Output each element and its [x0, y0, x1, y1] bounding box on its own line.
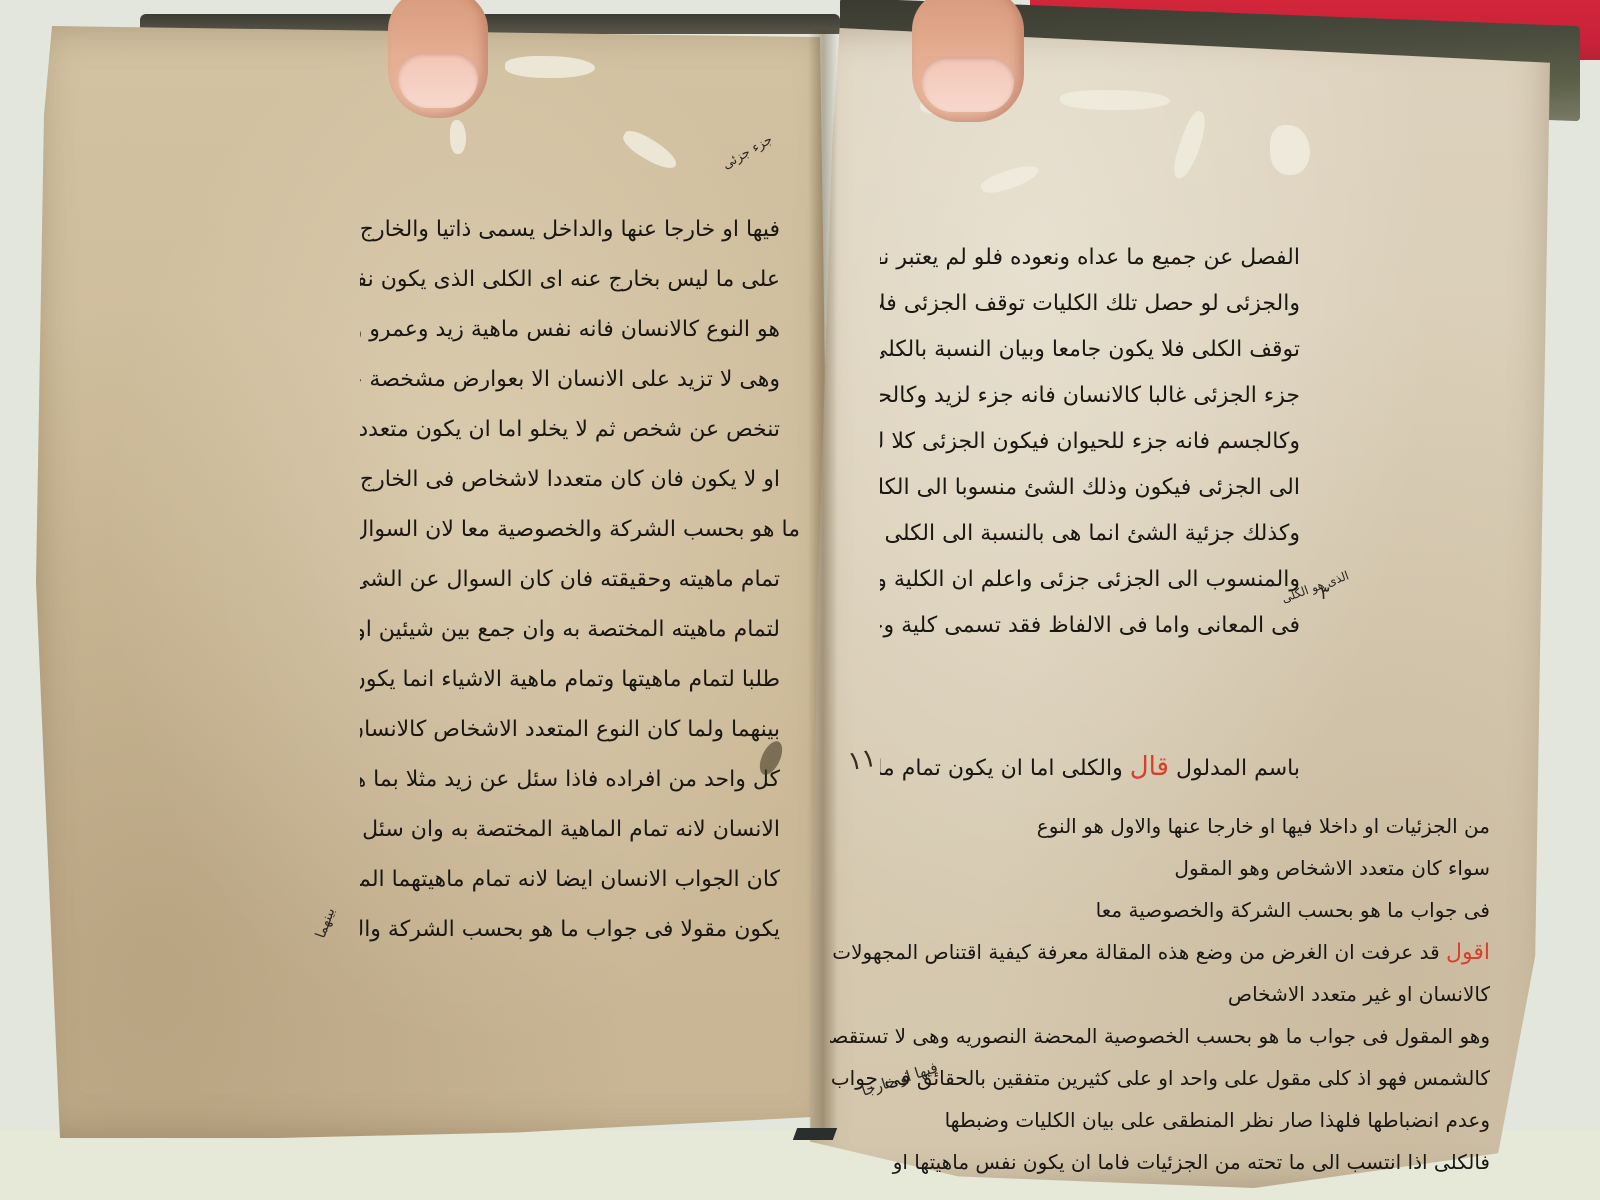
text-line: جزء الجزئى غالبا كالانسان فانه جزء لزيد … — [880, 373, 1300, 419]
paper-loss — [1060, 90, 1170, 110]
qala-line: باسم المدلول قال والكلى اما ان يكون تمام… — [880, 742, 1300, 792]
text-line: يكون مقولا فى جواب ما هو بحسب الشركة وال… — [360, 905, 780, 955]
right-finger — [912, 0, 1024, 122]
text-line: الفصل عن جميع ما عداه ونعوده فلو لم يعتب… — [880, 235, 1300, 281]
text-line: تنخص عن شخص ثم لا يخلو اما ان يكون متعدد… — [360, 405, 780, 455]
right-fingernail — [922, 57, 1014, 112]
text-line: الانسان لانه تمام الماهية المختصة به وان… — [360, 805, 780, 855]
text-line: سواء كان متعدد الاشخاص وهو المقول — [830, 847, 1490, 889]
paper-loss — [450, 120, 466, 154]
text-line: تمام ماهيته وحقيقته فان كان السوال عن ال… — [360, 555, 780, 605]
text-line: كل واحد من افراده فاذا سئل عن زيد مثلا ب… — [360, 755, 780, 805]
left-finger — [388, 0, 488, 118]
text-line: فيها او خارجا عنها والداخل يسمى ذاتيا وا… — [360, 205, 780, 255]
text-line: لتمام ماهيته المختصة به وان جمع بين شيئي… — [360, 605, 780, 655]
left-fingernail — [398, 53, 478, 108]
text-line: او لا يكون فان كان متعددا لاشخاص فى الخا… — [360, 455, 780, 505]
paper-loss — [1270, 125, 1310, 175]
text-line: الى الجزئى فيكون وذلك الشئ منسوبا الى ال… — [880, 465, 1300, 511]
margin-strokes: ١١ — [846, 743, 879, 777]
paper-loss — [505, 56, 595, 78]
text-line: كان الجواب الانسان ايضا لانه تمام ماهيته… — [360, 855, 780, 905]
text-line: والمنسوب الى الجزئى جزئى واعلم ان الكلية… — [880, 557, 1300, 603]
rubric-aqulu: اقول — [1446, 940, 1490, 965]
text-line: فى جواب ما هو بحسب الشركة والخصوصية معا — [830, 889, 1490, 931]
text-line: وهى لا تزيد على الانسان الا بعوارض مشخصة… — [360, 355, 780, 405]
right-page-text-upper: الفصل عن جميع ما عداه ونعوده فلو لم يعتب… — [880, 235, 1300, 649]
text-line: فى المعانى واما فى الالفاظ فقد تسمى كلية… — [880, 603, 1300, 649]
right-page-text-lower: من الجزئيات او داخلا فيها او خارجا عنها … — [830, 805, 1490, 1183]
left-page-text: فيها او خارجا عنها والداخل يسمى ذاتيا وا… — [360, 205, 780, 955]
text-line: توقف الكلى فلا يكون جامعا وبيان النسبة ب… — [880, 327, 1300, 373]
text-line: بينهما ولما كان النوع المتعدد الاشخاص كا… — [360, 705, 780, 755]
text-line: قد عرفت ان الغرض من وضع هذه المقالة معرف… — [832, 940, 1439, 964]
text-line: طلبا لتمام ماهيتها وتمام ماهية الاشياء ا… — [360, 655, 780, 705]
text-line: من الجزئيات او داخلا فيها او خارجا عنها … — [830, 805, 1490, 847]
text-line: باسم المدلول — [1176, 756, 1300, 781]
rubric-qala: قال — [1130, 752, 1169, 782]
text-line: وكالجسم فانه جزء للحيوان فيكون الجزئى كل… — [880, 419, 1300, 465]
text-line: ما هو بحسب الشركة والخصوصية معا لان السو… — [360, 505, 800, 555]
text-line: كالانسان او غير متعدد الاشخاص — [830, 973, 1490, 1015]
text-line: والجزئى لو حصل تلك الكليات توقف الجزئى ف… — [880, 281, 1300, 327]
text-line: على ما ليس بخارج عنه اى الكلى الذى يكون … — [360, 255, 780, 305]
text-line: والكلى اما ان يكون تمام ماهية ما تحته — [880, 756, 1123, 781]
text-line: وعدم انضباطها فلهذا صار نظر المنطقى على … — [830, 1099, 1490, 1141]
text-line: اقول قد عرفت ان الغرض من وضع هذه المقالة… — [830, 931, 1490, 973]
text-line: وكذلك جزئية الشئ انما هى بالنسبة الى الك… — [880, 511, 1300, 557]
text-line: وهو المقول فى جواب ما هو بحسب الخصوصية ا… — [830, 1015, 1490, 1057]
text-line: هو النوع كالانسان فانه نفس ماهية زيد وعم… — [360, 305, 780, 355]
text-line: فالكلى اذا انتسب الى ما تحته من الجزئيات… — [830, 1141, 1490, 1183]
